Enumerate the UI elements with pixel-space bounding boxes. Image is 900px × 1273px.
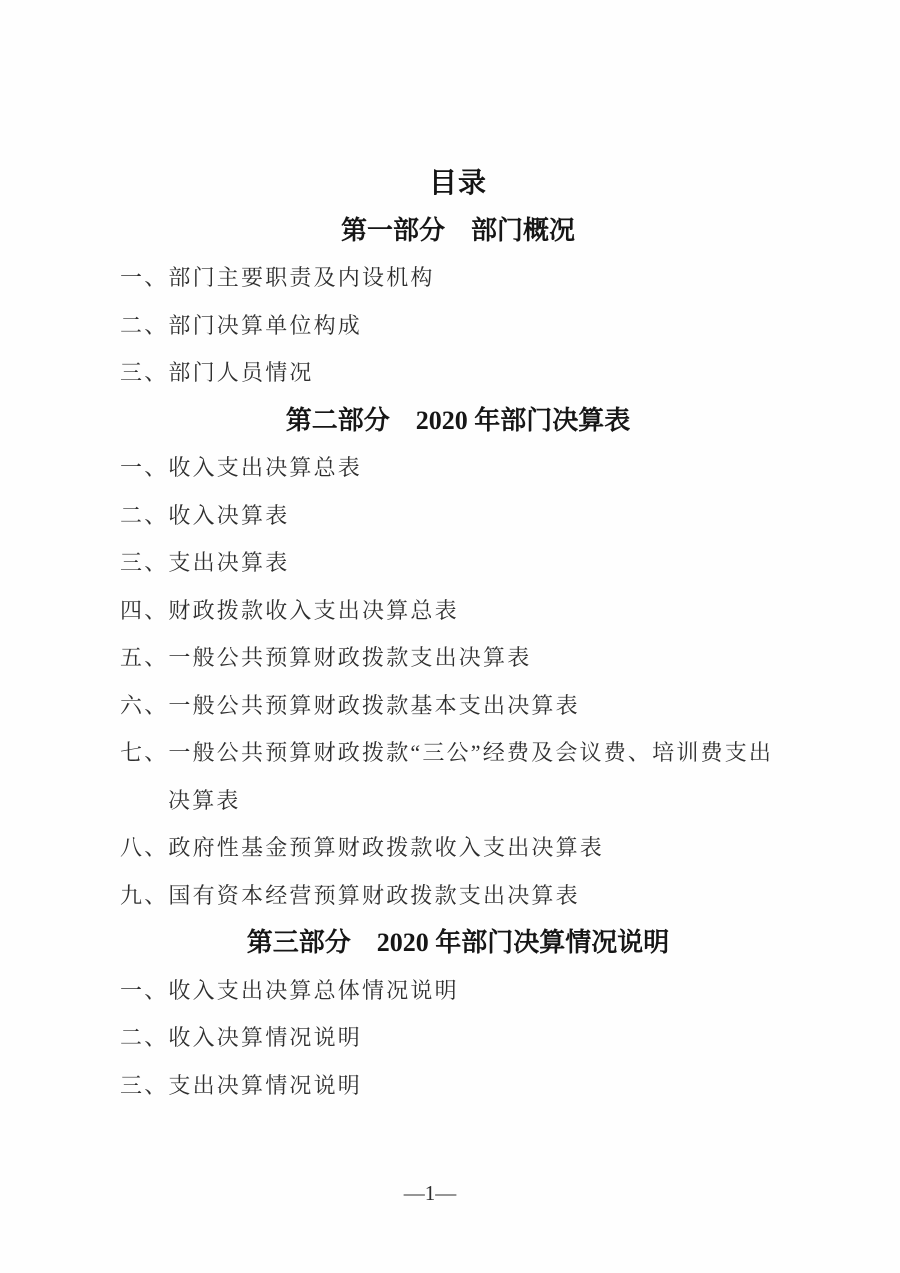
- toc-item: 一、部门主要职责及内设机构: [120, 254, 888, 302]
- section-heading-part3: 第三部分 2020 年部门决算情况说明: [120, 919, 796, 967]
- page-number: —1—: [0, 1170, 880, 1218]
- document-page: 目录 第一部分 部门概况 一、部门主要职责及内设机构 二、部门决算单位构成 三、…: [0, 0, 900, 1273]
- toc-item: 五、一般公共预算财政拨款支出决算表: [120, 634, 888, 682]
- section-heading-part1: 第一部分 部门概况: [120, 207, 796, 255]
- toc-item: 六、一般公共预算财政拨款基本支出决算表: [120, 682, 888, 730]
- toc-item: 二、收入决算情况说明: [120, 1014, 888, 1062]
- section-heading-part2: 第二部分 2020 年部门决算表: [120, 397, 796, 445]
- toc-item: 四、财政拨款收入支出决算总表: [120, 587, 888, 635]
- toc-item: 八、政府性基金预算财政拨款收入支出决算表: [120, 824, 888, 872]
- toc-content: 目录 第一部分 部门概况 一、部门主要职责及内设机构 二、部门决算单位构成 三、…: [120, 159, 796, 1109]
- toc-item: 二、收入决算表: [120, 492, 888, 540]
- toc-item: 一、收入支出决算总体情况说明: [120, 967, 888, 1015]
- toc-item: 三、支出决算情况说明: [120, 1062, 888, 1110]
- toc-item: 二、部门决算单位构成: [120, 302, 888, 350]
- toc-item: 七、一般公共预算财政拨款“三公”经费及会议费、培训费支出 决算表: [120, 729, 888, 824]
- toc-item: 三、支出决算表: [120, 539, 888, 587]
- page-title: 目录: [120, 159, 796, 207]
- toc-item: 三、部门人员情况: [120, 349, 888, 397]
- toc-item: 一、收入支出决算总表: [120, 444, 888, 492]
- toc-item: 九、国有资本经营预算财政拨款支出决算表: [120, 872, 888, 920]
